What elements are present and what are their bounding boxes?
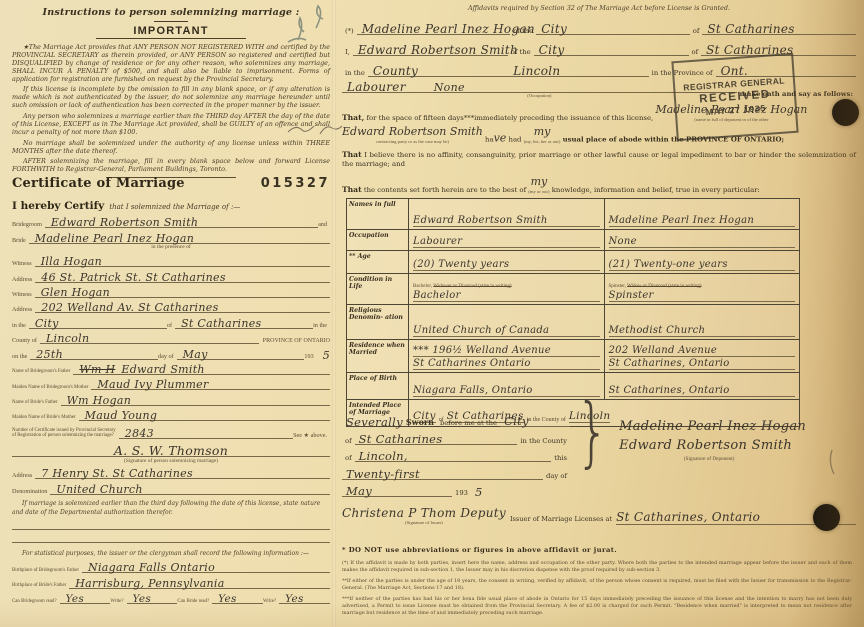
certificate-number-line: Number of Certificate issued by Provinci… — [12, 421, 330, 439]
i-label: I, — [342, 48, 353, 56]
deponent-signatures: Madeline Pearl Inez Hogan Edward Roberts… — [619, 410, 856, 497]
address-label: Address — [12, 276, 35, 283]
affidavit-line-1: (*) Madeline Pearl Inez Hogan of the Cit… — [342, 14, 856, 35]
municipality-handwritten: St Catharines — [175, 317, 261, 330]
that3-caption: (my or our) — [528, 189, 549, 195]
address-label: Address — [12, 306, 35, 313]
statistical-purposes-lead: For statistical purposes, the issuer or … — [12, 550, 330, 558]
county-label: County of — [12, 337, 40, 344]
table-row: ** Age (20) Twenty years (21) Twenty-one… — [347, 251, 799, 274]
of-label: of — [689, 48, 702, 56]
province-of-ontario-label: PROVINCE OF ONTARIO — [259, 338, 330, 344]
occupation1-handwritten: Labourer — [342, 80, 406, 94]
presence-caption: in the presence of — [12, 244, 330, 252]
groom-father-line: Name of Bridegroom's Father Wm HEdward S… — [12, 360, 330, 375]
serial-number: 015327 — [261, 176, 330, 191]
instructions-paragraph-5: AFTER solemnizing the marriage, fill in … — [12, 157, 330, 173]
address1-handwritten: 46 St. Patrick St. St Catharines — [35, 271, 225, 284]
that-lead: That — [342, 185, 362, 194]
date-line: on the 25th day of May 193 5 — [12, 344, 330, 359]
county-handwritten: Lincoln — [40, 332, 89, 345]
bride-name-handwritten: Madeline Pearl Inez Hogan — [29, 232, 194, 245]
that1-caption2: contracting party or as the case may be) — [376, 139, 449, 145]
sworn-line-3: of Lincoln, this — [342, 445, 570, 462]
sworn-place-handwritten: St Catharines — [355, 432, 443, 446]
table-row: Condition in Life Bachelor, Widower or D… — [347, 274, 799, 305]
certificate-section: Certificate of Marriage 015327 I hereby … — [12, 176, 330, 604]
solemnizer-signature-line: A. S. W. Thomson — [12, 439, 330, 457]
issuer-line: Christena P Thom Deputy (Signature of Is… — [342, 506, 856, 525]
groom-mother-line: Maiden Name of Bridegroom's Mother Maud … — [12, 375, 330, 390]
divider — [96, 38, 246, 39]
bridegroom-line: Bridegroom Edward Robertson Smith and — [12, 213, 330, 228]
write-label: Write? — [263, 599, 279, 605]
month-handwritten: May — [177, 348, 208, 361]
issuer-signature-handwritten: Christena P Thom Deputy — [342, 506, 506, 520]
affidavit-header: Affidavits required by Section 32 of The… — [342, 4, 856, 12]
certificate-number-handwritten: 2843 — [119, 427, 154, 440]
brace-glyph: } — [576, 395, 609, 515]
and-word: and — [318, 221, 330, 228]
that3-text-a: the contents set forth herein are to the… — [364, 186, 526, 194]
literacy-line: Can Bridegroom read? Yes Write? Yes Can … — [12, 589, 330, 604]
deponent-signature-2: Edward Robertson Smith — [619, 437, 856, 456]
this-label: this — [551, 454, 570, 462]
sworn-county-handwritten: Lincoln, — [355, 449, 408, 463]
sworn-city-handwritten: City — [500, 414, 529, 428]
sworn-line-2: of St Catharines in the County — [342, 427, 570, 444]
departmental-authorization-note: If marriage is solemnized earlier than t… — [12, 500, 330, 517]
bride-religion-cell: Methodist Church — [609, 325, 796, 337]
groom-mother-handwritten: Maud Ivy Plummer — [91, 378, 208, 391]
instructions-paragraph-4: No marriage shall be solemnized under th… — [12, 139, 330, 155]
bride-father-birthplace-label: Birthplace of Bride's Father — [12, 583, 69, 589]
yes-handwritten: Yes — [212, 593, 237, 605]
certify-lead: I hereby Certify — [12, 200, 104, 212]
sworn-line-4: Twenty-first day of — [342, 462, 570, 479]
bride-label: Bride — [12, 237, 29, 244]
can-bride-read-label: Can Bride read? — [177, 599, 212, 605]
groom-residence-line2: St Catharines Ontario — [413, 358, 600, 370]
that1-text: for the space of fifteen days***immediat… — [366, 114, 653, 122]
footnote-2: **If either of the parties is under the … — [342, 578, 852, 591]
bride-residence-line1: 202 Welland Avenue — [609, 345, 796, 357]
solemnizer-address-handwritten: 7 Henry St. St Catharines — [35, 467, 193, 480]
municipality-type-handwritten: City — [536, 22, 567, 36]
row-label-occupation: Occupation — [347, 230, 409, 250]
table-row: Residence when Married *** 196½ Welland … — [347, 340, 799, 373]
table-row: Religious Denomin- ation United Church o… — [347, 305, 799, 340]
row-label-condition: Condition in Life — [347, 274, 409, 304]
certificate-number-label: Number of Certificate issued by Provinci… — [12, 428, 119, 439]
that1-name2-handwritten: Edward Robertson Smith — [342, 124, 483, 139]
instructions-paragraph-2: If this license is incomplete by the omi… — [12, 85, 330, 109]
place-handwritten: St Catharines — [702, 22, 794, 36]
of-label: of — [690, 27, 703, 35]
bride-line: Bride Madeline Pearl Inez Hogan — [12, 228, 330, 243]
witness-label: Witness — [12, 291, 35, 298]
yes-handwritten: Yes — [60, 593, 85, 605]
ve-handwritten: ve — [494, 131, 507, 144]
bridegroom-name-handwritten: Edward Robertson Smith — [45, 216, 198, 229]
in-county-label: in the County — [517, 437, 570, 445]
footnotes-section: * DO NOT use abbreviations or figures in… — [342, 546, 852, 621]
municipality-type-handwritten: City — [29, 317, 59, 330]
in-the-label: in the — [12, 322, 29, 329]
had-printed: had — [509, 135, 522, 143]
yes-handwritten: Yes — [127, 593, 152, 605]
county-line: County of Lincoln PROVINCE OF ONTARIO — [12, 329, 330, 344]
my-handwritten: my — [534, 124, 551, 139]
solemnizer-address-line: Address 7 Henry St. St Catharines — [12, 464, 330, 479]
solemnizer-signature-handwritten: A. S. W. Thomson — [114, 443, 228, 458]
day-of-label: day of — [543, 472, 570, 480]
abode-printed: usual place of abode within the PROVINCE… — [563, 135, 784, 143]
row-label-age: ** Age — [347, 251, 409, 273]
severally-handwritten: Severally — [342, 415, 403, 429]
issuer-place-handwritten: St Catharines, Ontario — [616, 510, 760, 524]
of-the-label: of the — [508, 48, 534, 56]
hole-punch-top — [832, 99, 859, 126]
see-above-label: See ★ above. — [293, 432, 330, 439]
sworn-day-handwritten: Twenty-first — [342, 467, 420, 481]
that2-text: I believe there is no affinity, consangu… — [342, 151, 856, 169]
that3-text-b: knowledge, information and belief, true … — [552, 186, 760, 194]
bride-mother-handwritten: Maud Young — [79, 409, 158, 422]
municipality-line: in the City of St Catharines in the — [12, 313, 330, 328]
groom-father-struck-handwritten: Wm H — [73, 363, 115, 376]
groom-father-label: Name of Bridegroom's Father — [12, 369, 73, 375]
bride-age-cell: (21) Twenty-one years — [609, 259, 796, 271]
on-the-label: on the — [12, 353, 30, 360]
witness2-line: Witness Glen Hogan — [12, 283, 330, 298]
groom-father-birthplace-label: Birthplace of Bridegroom's Father — [12, 568, 82, 574]
before-me-label: before me at the — [437, 419, 500, 427]
of-the-label: of the — [510, 27, 536, 35]
footnote-3: ***If neither of the parties has had his… — [342, 596, 852, 616]
star-marker: (*) — [342, 27, 357, 35]
year-printed: 193 — [452, 489, 471, 497]
row-label-birthplace: Place of Birth — [347, 373, 409, 399]
instructions-section: Instructions to person solemnizing marri… — [12, 7, 330, 178]
particulars-table: Names in full Edward Robertson Smith Mad… — [346, 198, 800, 427]
deponent-signature-1: Madeline Pearl Inez Hogan — [619, 418, 856, 437]
groom-condition-cell: Bachelor — [413, 290, 600, 302]
denomination-handwritten: United Church — [50, 483, 142, 496]
deponent-signature-caption: (Signature of Deponent) — [619, 456, 799, 462]
sworn-line-1: Severally Sworn before me at the City — [342, 410, 570, 427]
sworn-word: Sworn — [403, 417, 437, 427]
important-heading: IMPORTANT — [12, 25, 330, 37]
groom-age-cell: (20) Twenty years — [413, 259, 600, 271]
issuer-signature-caption: (Signature of Issuer) — [405, 520, 443, 525]
bridegroom-label: Bridegroom — [12, 221, 45, 228]
that-clause-2: That I believe there is no affinity, con… — [342, 150, 856, 170]
blank-rule — [12, 517, 330, 530]
that-clause-3: That the contents set forth herein are t… — [342, 174, 856, 196]
divider — [154, 21, 188, 22]
footnote-1: (*) If the affidavit is made by both par… — [342, 560, 852, 573]
groom-residence-line1: *** 196½ Welland Avenue — [413, 345, 600, 357]
row-label-residence: Residence when Married — [347, 340, 409, 372]
address-label: Address — [12, 472, 35, 479]
municipality-type-handwritten: City — [534, 43, 565, 57]
table-row: Occupation Labourer None — [347, 230, 799, 251]
my-caption: (my, his, her or our) — [524, 139, 561, 145]
bride-father-label: Name of Bride's Father — [12, 400, 61, 406]
certify-rest: that I solemnized the Marriage of :— — [109, 203, 240, 211]
in-the-label: in the — [313, 322, 330, 329]
year-digit-handwritten: 5 — [317, 349, 330, 362]
bride-mother-line: Maiden Name of Bride's Mother Maud Young — [12, 406, 330, 421]
instructions-title: Instructions to person solemnizing marri… — [12, 7, 330, 19]
in-the-label: in the — [342, 69, 368, 77]
issuer-printed-label: Issuer of Marriage Licenses at — [506, 515, 616, 525]
table-row: Names in full Edward Robertson Smith Mad… — [347, 199, 799, 230]
bride-occupation-cell: None — [609, 236, 796, 248]
groom-birthplace-cell: Niagara Falls, Ontario — [413, 385, 600, 397]
yes-handwritten: Yes — [279, 593, 304, 605]
that-lead: That, — [342, 113, 364, 122]
write-label: Write? — [110, 599, 126, 605]
bride-birthplace-cell: St Catharines, Ontario — [609, 385, 796, 397]
witness1-handwritten: Illa Hogan — [35, 255, 102, 268]
groom-mother-label: Maiden Name of Bridegroom's Mother — [12, 385, 91, 391]
of-label: of — [342, 454, 355, 462]
groom-father-birthplace-handwritten: Niagara Falls Ontario — [82, 561, 215, 574]
paper-fold-crease — [332, 0, 336, 627]
address2-handwritten: 202 Welland Av. St Catharines — [35, 301, 218, 314]
blank-rule — [12, 530, 330, 543]
marriage-license-document: Instructions to person solemnizing marri… — [0, 0, 864, 627]
bride-condition-cell: Spinster — [609, 290, 796, 302]
occupation2-handwritten: None — [406, 81, 465, 94]
deponent1-name-handwritten: Madeline Pearl Inez Hogan — [357, 22, 535, 36]
of-label: of — [342, 437, 355, 445]
address2-line: Address 202 Welland Av. St Catharines — [12, 298, 330, 313]
day-of-label: day of — [158, 353, 177, 360]
jurat-section: Severally Sworn before me at the City of… — [342, 410, 856, 497]
groom-religion-cell: United Church of Canada — [413, 325, 600, 337]
table-row: Place of Birth Niagara Falls, Ontario St… — [347, 373, 799, 400]
sworn-month-handwritten: May — [342, 484, 372, 498]
footnote-donot: * DO NOT use abbreviations or figures in… — [342, 546, 852, 554]
ha-printed: ha — [485, 135, 494, 143]
county-handwritten: Lincoln — [508, 64, 560, 78]
bride-father-handwritten: Wm Hogan — [61, 394, 132, 407]
bride-mother-label: Maiden Name of Bride's Mother — [12, 415, 79, 421]
denomination-line: Denomination United Church — [12, 479, 330, 494]
groom-occupation-cell: Labourer — [413, 236, 600, 248]
registrar-general-received-stamp: REGISTRAR GENERAL RECEIVED MAY 27 1935 — [671, 53, 798, 141]
witness-label: Witness — [12, 260, 35, 267]
witness1-line: Witness Illa Hogan — [12, 252, 330, 267]
denomination-label: Denomination — [12, 488, 50, 495]
witness2-handwritten: Glen Hogan — [35, 286, 110, 299]
groom-father-handwritten: Edward Smith — [115, 363, 204, 376]
sworn-year-digit-handwritten: 5 — [471, 485, 483, 499]
groom-father-birthplace-line: Birthplace of Bridegroom's Father Niagar… — [12, 558, 330, 573]
bride-condition-options: Spinster, Widow or Divorced (state in wr… — [609, 284, 796, 289]
hole-punch-bottom — [813, 504, 840, 531]
bride-residence-line2: St Catharines, Ontario — [609, 358, 796, 370]
of-label: of — [167, 322, 175, 329]
that-lead: That — [342, 150, 362, 159]
certificate-title: Certificate of Marriage — [12, 176, 185, 191]
address1-line: Address 46 St. Patrick St. St Catharines — [12, 267, 330, 282]
instructions-paragraph-3: Any person who solemnizes a marriage ear… — [12, 112, 330, 136]
bride-father-birthplace-line: Birthplace of Bride's Father Harrisburg,… — [12, 573, 330, 588]
bride-father-line: Name of Bride's Father Wm Hogan — [12, 390, 330, 405]
day-handwritten: 25th — [30, 348, 63, 361]
year-printed: 193 — [304, 353, 316, 360]
instructions-paragraph-1: ★The Marriage Act provides that ANY PERS… — [12, 43, 330, 83]
deponent2-name-handwritten: Edward Robertson Smith — [353, 43, 518, 57]
occupation-caption: (Occupation) — [527, 93, 551, 98]
that3-my-handwritten: my — [531, 174, 548, 189]
county-word-handwritten: County — [368, 64, 418, 78]
bride-name-cell: Madeline Pearl Inez Hogan — [609, 215, 796, 227]
row-label-religion: Religious Denomin- ation — [347, 305, 409, 339]
groom-name-cell: Edward Robertson Smith — [413, 215, 600, 227]
bride-father-birthplace-handwritten: Harrisburg, Pennsylvania — [69, 577, 224, 590]
can-bridegroom-read-label: Can Bridegroom read? — [12, 599, 60, 605]
groom-condition-options: Bachelor, Widower or Divorced (state in … — [413, 284, 600, 289]
row-label-names: Names in full — [347, 199, 409, 229]
sworn-line-5: May 193 5 — [342, 480, 570, 497]
